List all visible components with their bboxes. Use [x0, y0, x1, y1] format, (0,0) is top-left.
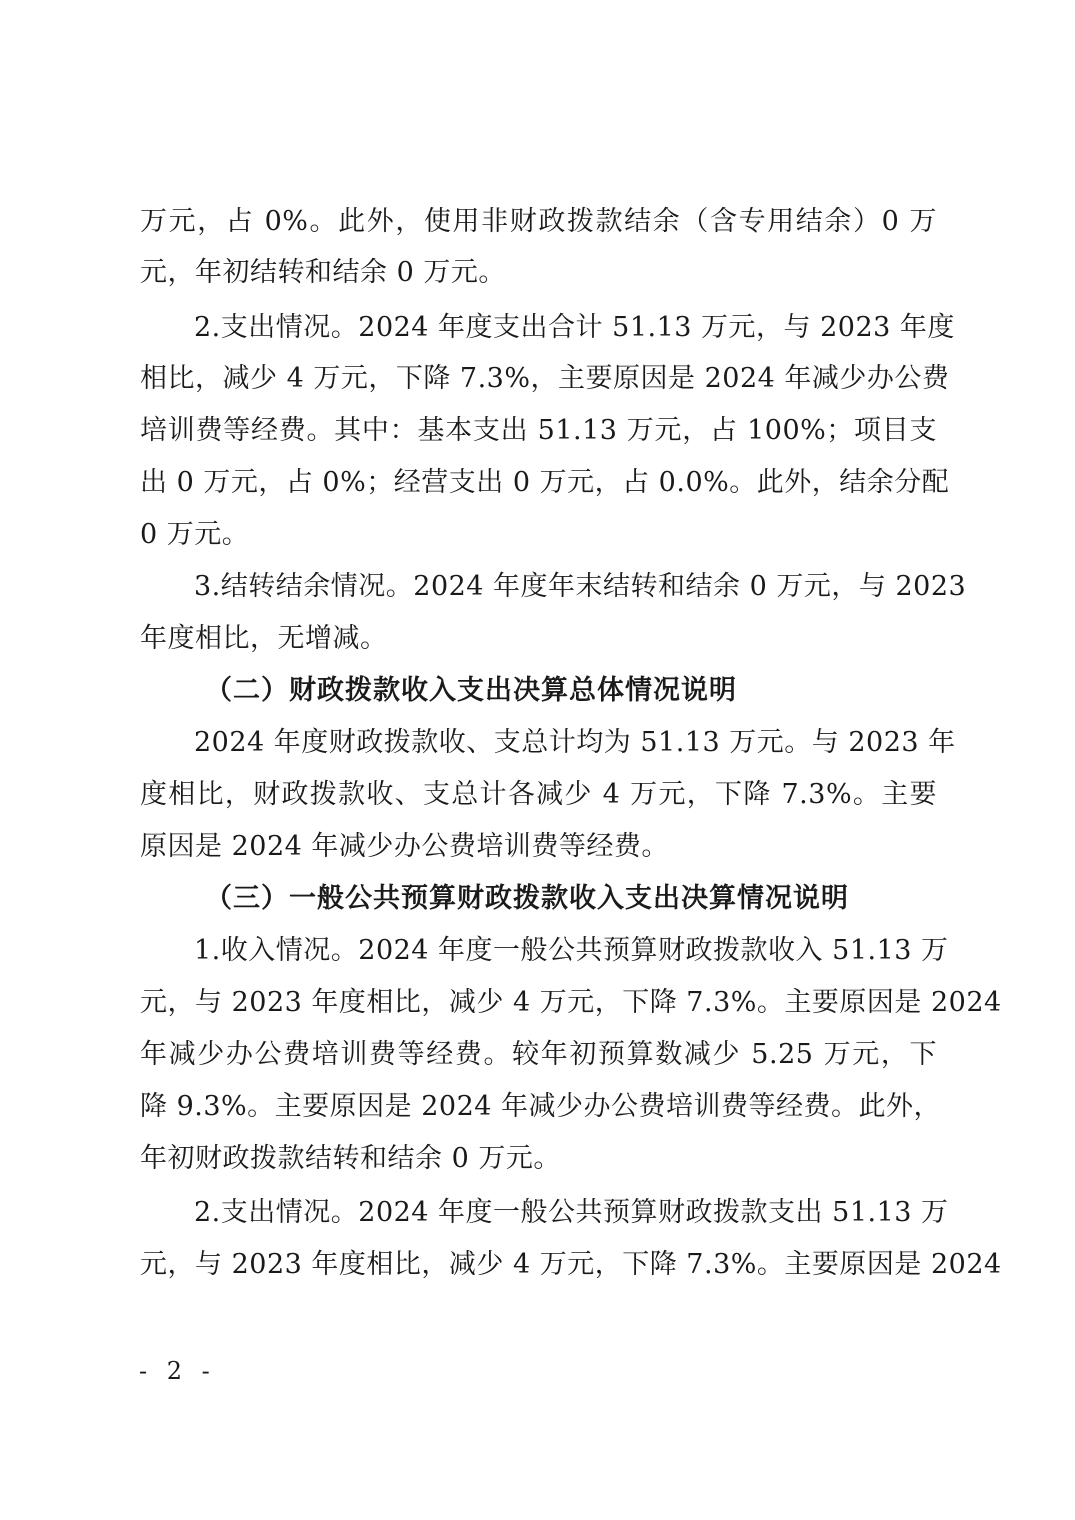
page-number: - 2 - [139, 1356, 216, 1386]
body-line-4: 相比，减少 4 万元，下降 7.3%，主要原因是 2024 年减少办公费 [140, 359, 937, 399]
body-line-1: 万元，占 0%。此外，使用非财政拨款结余（含专用结余）0 万 [140, 202, 937, 242]
body-line-14: 元，与 2023 年度相比，减少 4 万元，下降 7.3%。主要原因是 2024 [140, 983, 937, 1023]
body-line-18: 2.支出情况。2024 年度一般公共预算财政拨款支出 51.13 万 [194, 1193, 937, 1233]
body-line-13: 1.收入情况。2024 年度一般公共预算财政拨款收入 51.13 万 [194, 931, 937, 971]
body-line-19: 元，与 2023 年度相比，减少 4 万元，下降 7.3%。主要原因是 2024 [140, 1245, 937, 1285]
body-line-15: 年减少办公费培训费等经费。较年初预算数减少 5.25 万元，下 [140, 1035, 937, 1075]
section-heading-3: （三）一般公共预算财政拨款收入支出决算情况说明 [205, 879, 849, 919]
body-line-7: 0 万元。 [140, 515, 937, 555]
body-line-8: 3.结转结余情况。2024 年度年末结转和结余 0 万元，与 2023 [194, 567, 937, 607]
document-page: 万元，占 0%。此外，使用非财政拨款结余（含专用结余）0 万 元，年初结转和结余… [0, 0, 1075, 1520]
section-heading-2: （二）财政拨款收入支出决算总体情况说明 [205, 671, 737, 711]
body-line-5: 培训费等经费。其中：基本支出 51.13 万元，占 100%；项目支 [140, 411, 937, 451]
body-line-2: 元，年初结转和结余 0 万元。 [140, 253, 937, 293]
body-line-3: 2.支出情况。2024 年度支出合计 51.13 万元，与 2023 年度 [194, 308, 937, 348]
body-line-12: 原因是 2024 年减少办公费培训费等经费。 [140, 827, 937, 867]
body-line-17: 年初财政拨款结转和结余 0 万元。 [140, 1139, 937, 1179]
body-line-16: 降 9.3%。主要原因是 2024 年减少办公费培训费等经费。此外， [140, 1087, 937, 1127]
body-line-10: 2024 年度财政拨款收、支总计均为 51.13 万元。与 2023 年 [194, 723, 937, 763]
body-line-6: 出 0 万元，占 0%；经营支出 0 万元，占 0.0%。此外，结余分配 [140, 463, 937, 503]
body-line-9: 年度相比，无增减。 [140, 619, 937, 659]
body-line-11: 度相比，财政拨款收、支总计各减少 4 万元，下降 7.3%。主要 [140, 775, 937, 815]
